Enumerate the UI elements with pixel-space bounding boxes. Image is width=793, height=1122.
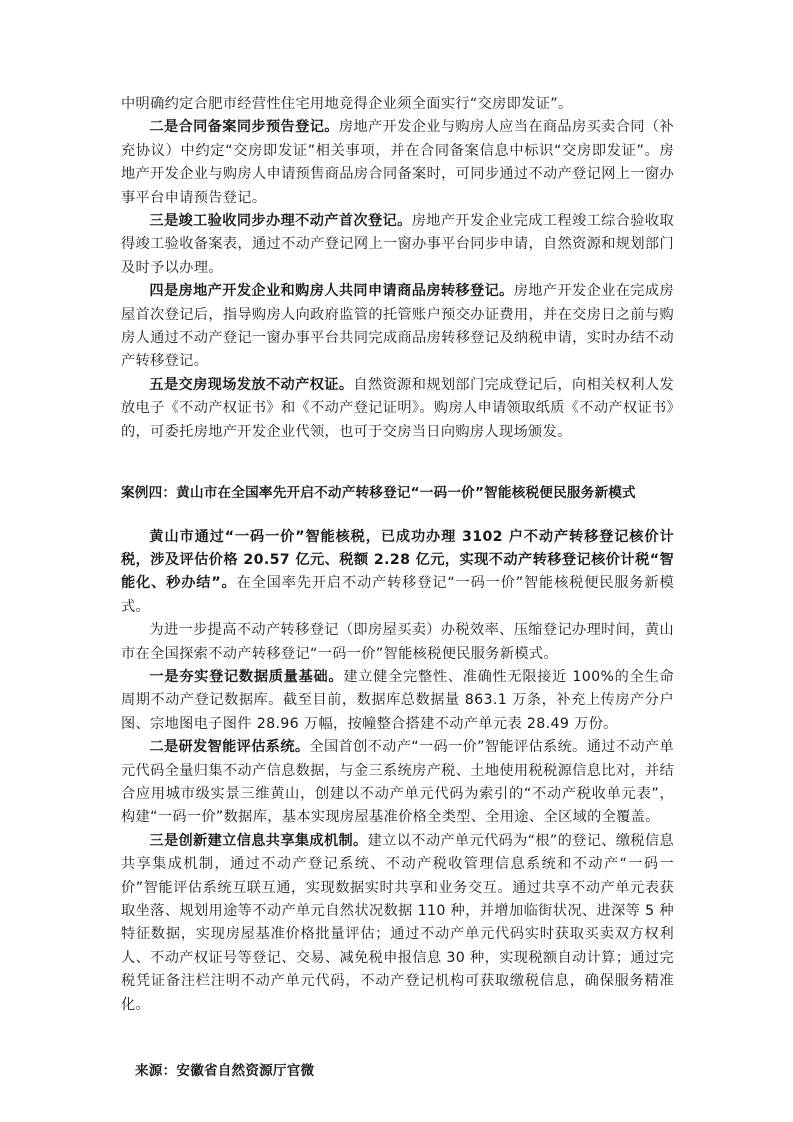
case-intro: 为进一步提高不动产转移登记（即房屋买卖）办税效率、压缩登记办理时间，黄山市在全国… — [121, 619, 674, 666]
case-item-2: 二是研发智能评估系统。全国首创不动产“一码一价”智能评估系统。通过不动产单元代码… — [121, 736, 674, 830]
paragraph-item-4: 四是房地产开发企业和购房人共同申请商品房转移登记。房地产开发企业在完成房屋首次登… — [121, 280, 674, 374]
spacer — [121, 506, 674, 526]
spacer — [121, 1017, 674, 1060]
item-lead: 二是合同备案同步预告登记。 — [149, 119, 338, 135]
paragraph-item-3: 三是竣工验收同步办理不动产首次登记。房地产开发企业完成工程竣工综合验收取得竣工验… — [121, 210, 674, 280]
paragraph-item-5: 五是交房现场发放不动产权证。自然资源和规划部门完成登记后，向相关权利人发放电子《… — [121, 374, 674, 444]
case-summary: 黄山市通过“一码一价”智能核税，已成功办理 3102 户不动产转移登记核价计税，… — [121, 526, 674, 620]
item-lead: 三是竣工验收同步办理不动产首次登记。 — [149, 213, 411, 229]
item-text: 建立以不动产单元代码为“根”的登记、缴税信息共享集成机制，通过不动产登记系统、不… — [121, 833, 674, 1013]
item-lead: 二是研发智能评估系统。 — [149, 739, 309, 755]
case-item-1: 一是夯实登记数据质量基础。建立健全完整性、准确性无限接近 100%的全生命周期不… — [121, 666, 674, 736]
document-page: 中明确约定合肥市经营性住宅用地竞得企业须全面实行“交房即发证”。 二是合同备案同… — [121, 93, 674, 1083]
spacer — [121, 444, 674, 482]
item-lead: 一是夯实登记数据质量基础。 — [149, 669, 343, 685]
paragraph-item-2: 二是合同备案同步预告登记。房地产开发企业与购房人应当在商品房买卖合同（补充协议）… — [121, 116, 674, 210]
paragraph-continuation: 中明确约定合肥市经营性住宅用地竞得企业须全面实行“交房即发证”。 — [121, 93, 674, 116]
source-attribution: 来源：安徽省自然资源厅官微 — [135, 1060, 674, 1083]
item-lead: 四是房地产开发企业和购房人共同申请商品房转移登记。 — [149, 283, 513, 299]
item-lead: 三是创新建立信息共享集成机制。 — [149, 833, 367, 849]
case-heading: 案例四：黄山市在全国率先开启不动产转移登记“一码一价”智能核税便民服务新模式 — [121, 482, 674, 505]
item-lead: 五是交房现场发放不动产权证。 — [149, 377, 353, 393]
case-item-3: 三是创新建立信息共享集成机制。建立以不动产单元代码为“根”的登记、缴税信息共享集… — [121, 830, 674, 1017]
